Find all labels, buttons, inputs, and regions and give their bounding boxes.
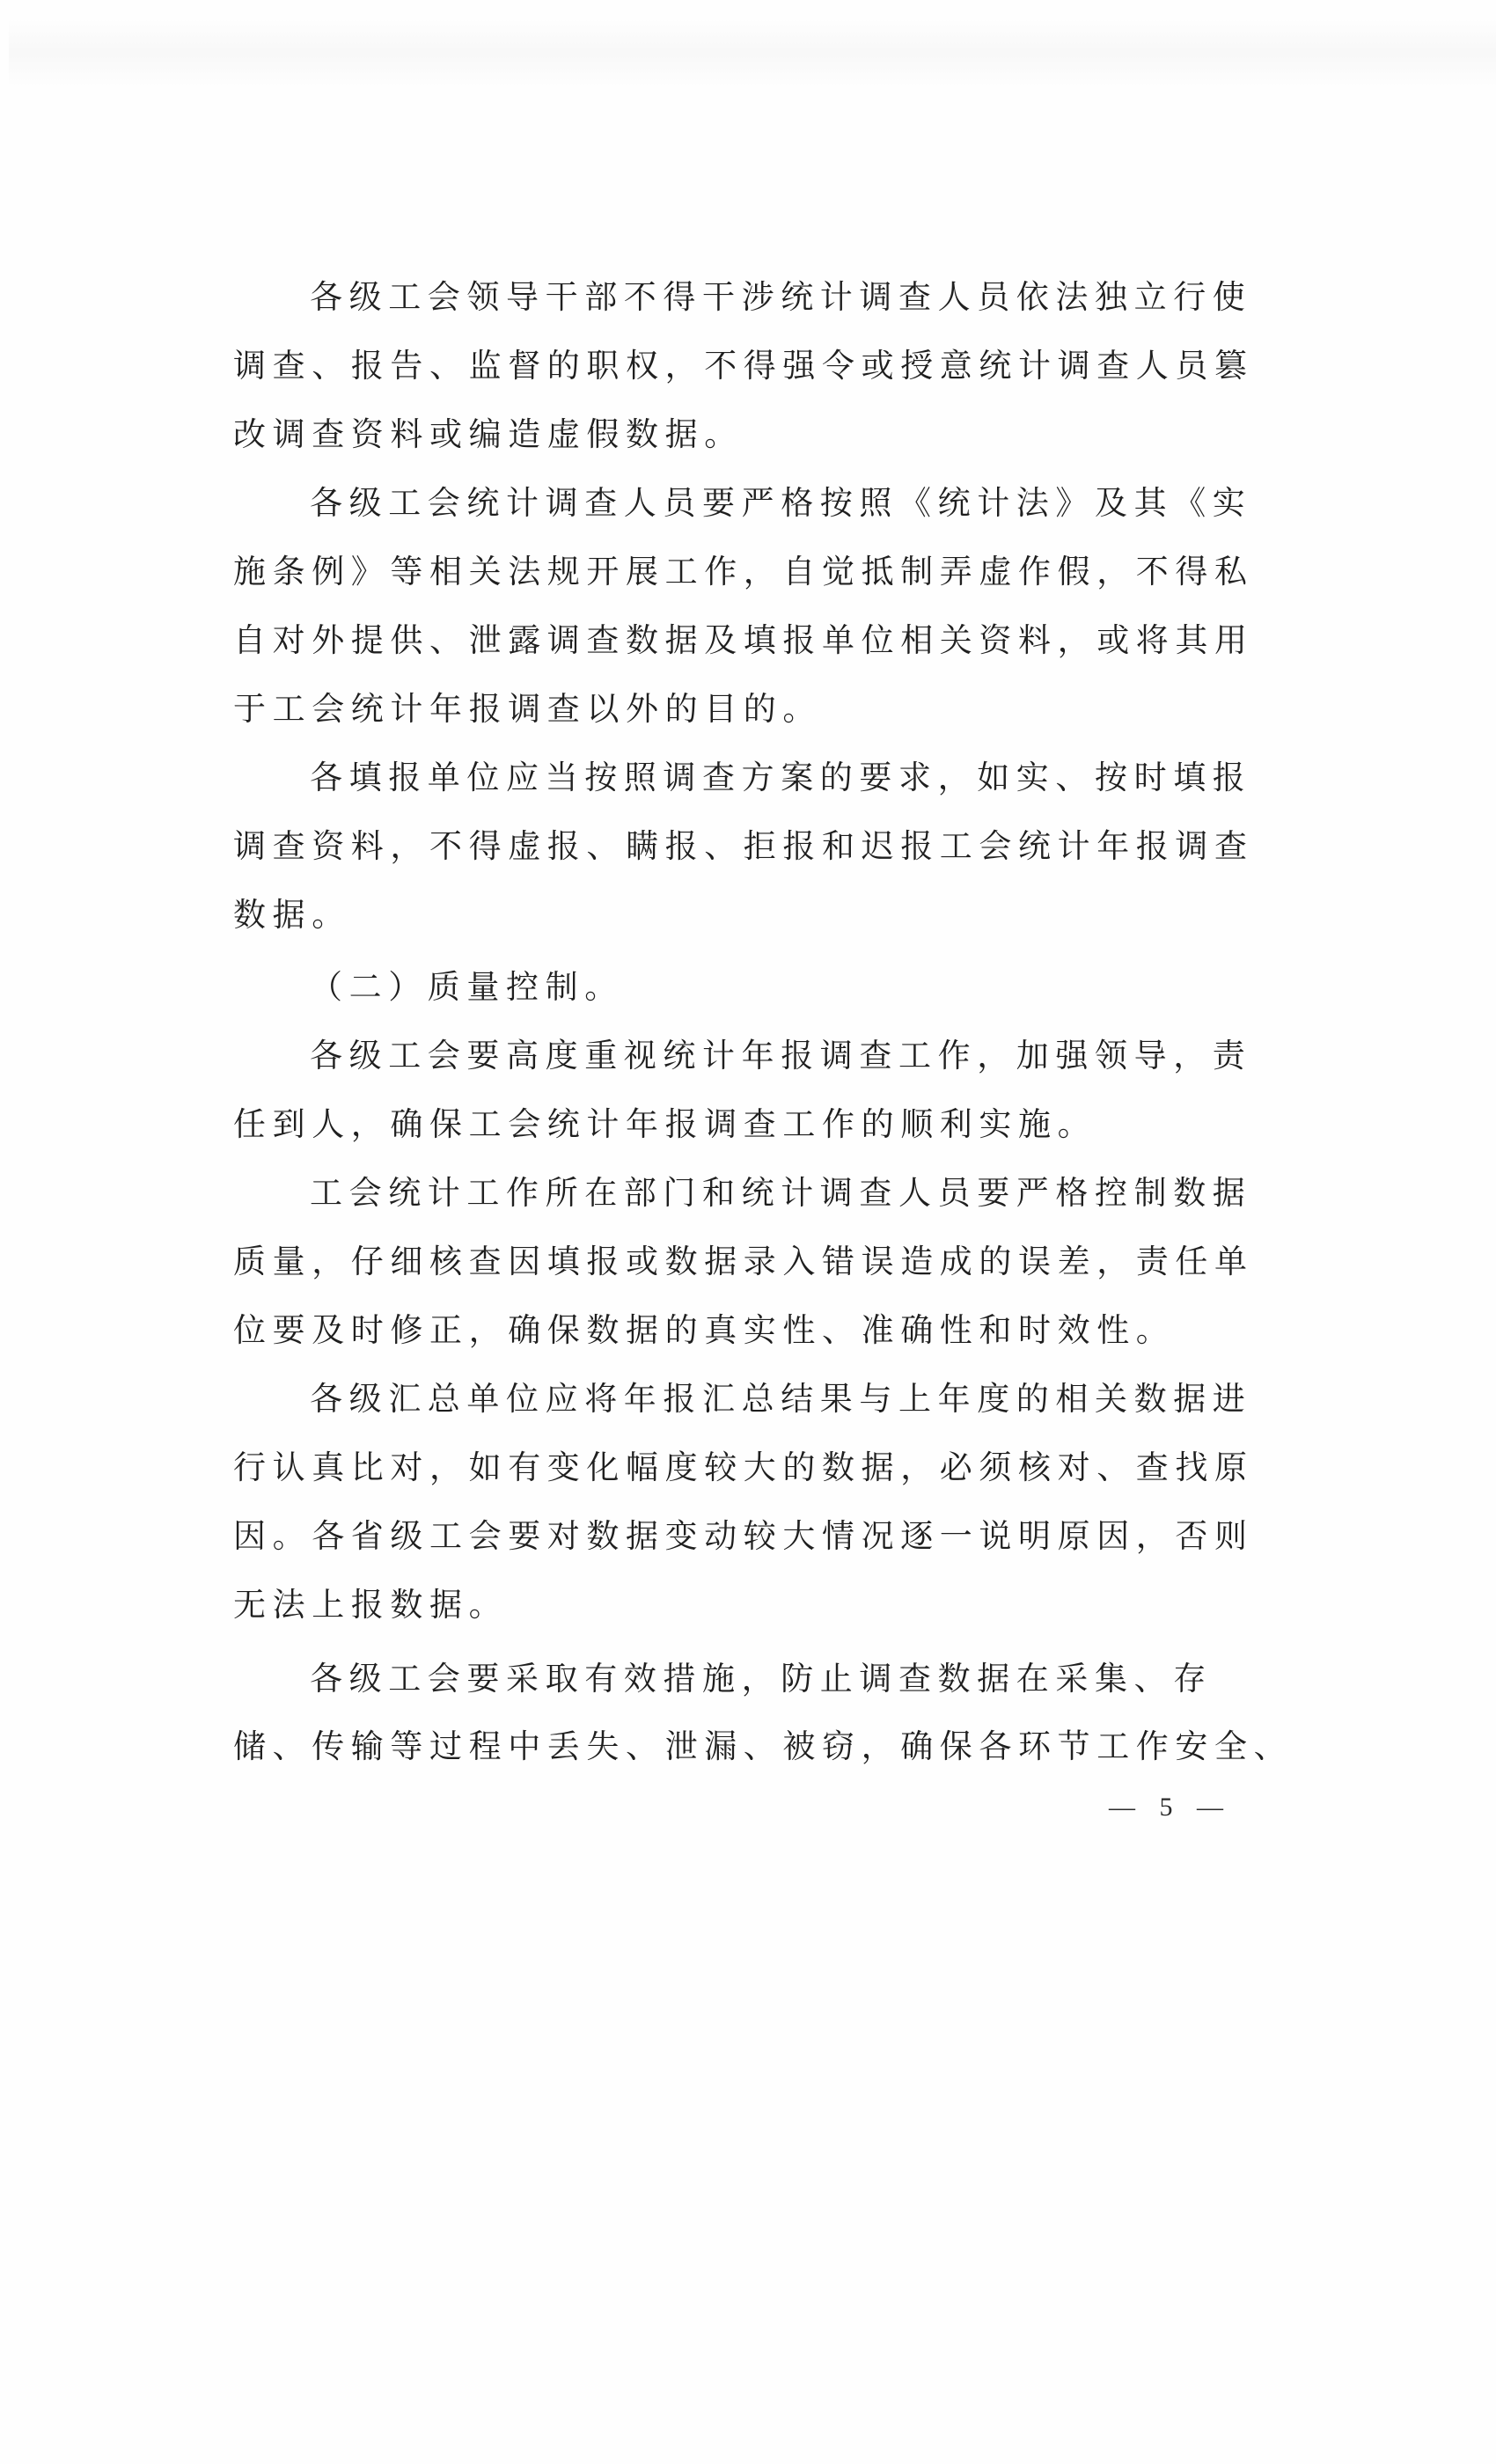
paragraph-1-line-2: 调查、报告、监督的职权，不得强令或授意统计调查人员篡 <box>233 346 1263 386</box>
paragraph-4-line-2: 任到人，确保工会统计年报调查工作的顺利实施。 <box>233 1104 1263 1145</box>
paragraph-2-line-2: 施条例》等相关法规开展工作，自觉抵制弄虚作假，不得私 <box>233 552 1263 592</box>
paragraph-6-line-2: 行认真比对，如有变化幅度较大的数据，必须核对、查找原 <box>233 1448 1263 1488</box>
paragraph-2-line-1: 各级工会统计调查人员要严格按照《统计法》及其《实 <box>233 483 1339 524</box>
document-page: 各级工会领导干部不得干涉统计调查人员依法独立行使 调查、报告、监督的职权，不得强… <box>0 0 1496 2464</box>
paragraph-1-line-1: 各级工会领导干部不得干涉统计调查人员依法独立行使 <box>233 277 1339 318</box>
page-number: — 5 — <box>1104 1790 1236 1825</box>
paragraph-1-line-3: 改调查资料或编造虚假数据。 <box>233 414 1263 455</box>
paragraph-3-line-3: 数据。 <box>233 895 1263 935</box>
paragraph-2-line-3: 自对外提供、泄露调查数据及填报单位相关资料，或将其用 <box>233 620 1263 661</box>
paragraph-3-line-1: 各填报单位应当按照调查方案的要求，如实、按时填报 <box>233 758 1339 798</box>
paragraph-4-line-1: 各级工会要高度重视统计年报调查工作，加强领导，责 <box>233 1036 1339 1076</box>
section-heading-quality-control: （二）质量控制。 <box>233 967 1339 1008</box>
paragraph-2-line-4: 于工会统计年报调查以外的目的。 <box>233 689 1263 730</box>
paragraph-6-line-3: 因。各省级工会要对数据变动较大情况逐一说明原因，否则 <box>233 1516 1263 1557</box>
scan-bleed-through <box>9 18 1496 88</box>
paragraph-7-line-1: 各级工会要采取有效措施，防止调查数据在采集、存 <box>233 1659 1339 1699</box>
paragraph-5-line-2: 质量，仔细核查因填报或数据录入错误造成的误差，责任单 <box>233 1242 1263 1282</box>
paragraph-7-line-2: 储、传输等过程中丢失、泄漏、被窃，确保各环节工作安全、 <box>233 1727 1263 1767</box>
paragraph-5-line-1: 工会统计工作所在部门和统计调查人员要严格控制数据 <box>233 1173 1339 1214</box>
paragraph-6-line-4: 无法上报数据。 <box>233 1585 1263 1625</box>
paragraph-6-line-1: 各级汇总单位应将年报汇总结果与上年度的相关数据进 <box>233 1379 1339 1419</box>
paragraph-3-line-2: 调查资料，不得虚报、瞒报、拒报和迟报工会统计年报调查 <box>233 826 1263 867</box>
paragraph-5-line-3: 位要及时修正，确保数据的真实性、准确性和时效性。 <box>233 1310 1263 1351</box>
